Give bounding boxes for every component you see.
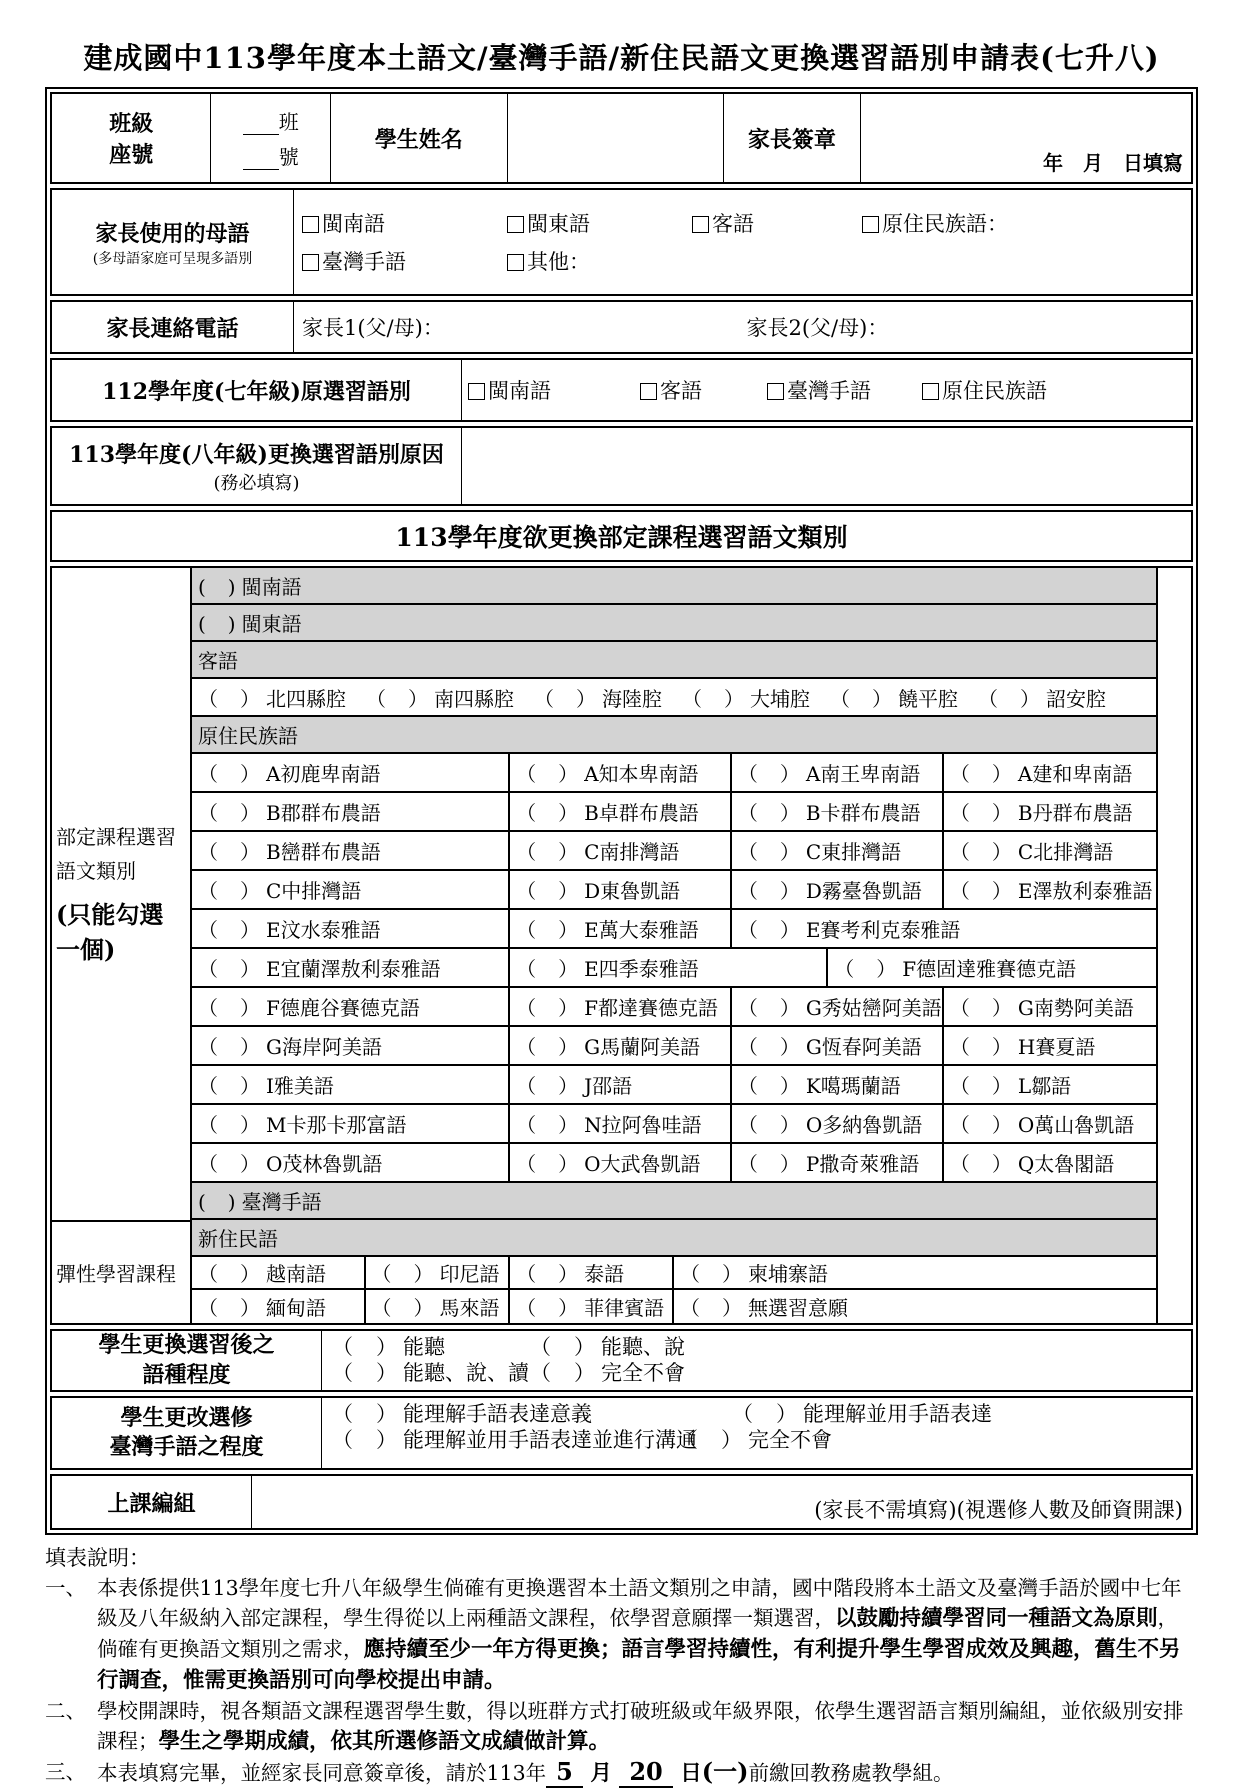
select-mark[interactable]: （ ） [950,758,1013,787]
form-body: 班級 座號 班 號 學生姓名 家長簽章 年 月 日填寫 [45,87,1198,1535]
seat-blank-field[interactable]: 號 [243,141,299,170]
parent1-phone-field[interactable]: 家長1(父/母)： [302,312,747,342]
note-item-1: 一、 本表係提供113學年度七升八年級學生倘確有更換選習本土語文類別之申請，國中… [45,1573,1198,1696]
mandatory-table-header: 113學年度欲更換部定課程選習語文類別 [50,510,1193,562]
previous-selection-options: 閩南語 客語 臺灣手語 原住民族語 [462,360,1191,420]
language-options-row: （ ）越南語（ ）印尼語（ ）泰語（ ）柬埔寨語 [192,1257,1156,1290]
parent-signature-field[interactable]: 年 月 日填寫 [861,94,1191,182]
language-option-cell[interactable]: （ ）A建和卑南語 [944,754,1156,791]
select-mark[interactable]: （ ） [534,687,597,711]
language-option[interactable]: （ ）南四縣腔 [366,683,514,712]
select-mark[interactable]: ( ) [198,1186,237,1215]
language-option-label: A知本卑南語 [584,758,698,787]
select-mark[interactable]: （ ） [198,1031,261,1060]
change-reason-field[interactable] [462,428,1191,504]
mother-tongue-label: 家長使用的母語 (多母語家庭可呈現多語別 [52,190,294,294]
select-mark[interactable]: （ ） [738,1031,801,1060]
select-mark[interactable]: （ ） [950,875,1013,904]
language-option-cell[interactable]: （ ）E四季泰雅語 [510,949,828,986]
language-option-label: 無選習意願 [748,1292,848,1321]
select-mark[interactable]: （ ） [198,1070,261,1099]
language-option-cell[interactable]: （ ）B巒群布農語 [192,832,510,869]
language-section-row: ( )閩東語 [192,605,1156,642]
language-option-cell[interactable]: （ ）K噶瑪蘭語 [732,1066,944,1103]
note-body: 本表係提供113學年度七升八年級學生倘確有更換選習本土語文類別之申請，國中階段將… [97,1573,1198,1696]
select-mark[interactable]: （ ） [198,836,261,865]
language-option-cell[interactable]: （ ）O多納魯凱語 [732,1105,944,1142]
select-mark[interactable]: ( ) [198,571,237,600]
note-body: 學校開課時，視各類語文課程選習學生數，得以班群方式打破班級或年級界限，依學生選習… [97,1696,1198,1757]
change-reason-section: 113學年度(八年級)更換選習語別原因 (務必填寫) [50,426,1193,506]
parent2-phone-field[interactable]: 家長2(父/母)： [747,312,1192,342]
language-option-label: F德固達雅賽德克語 [902,953,1076,982]
language-option-label: 馬來語 [440,1292,500,1321]
language-option-cell[interactable]: （ ）無選習意願 [674,1290,1156,1323]
language-option-label: 大埔腔 [750,687,810,711]
select-mark[interactable]: （ ） [198,992,261,1021]
language-options-row: （ ）B郡群布農語（ ）B卓群布農語（ ）B卡群布農語（ ）B丹群布農語 [192,793,1156,832]
grouping-note: (家長不需填寫)(視選修人數及師資開課) [252,1476,1191,1528]
language-option-label: 海陸腔 [602,687,662,711]
select-mark[interactable]: （ ） [950,1031,1013,1060]
language-option-label: C南排灣語 [584,836,679,865]
language-option-cell[interactable]: （ ）E汶水泰雅語 [192,910,510,947]
select-mark[interactable]: （ ） [680,1292,743,1321]
grouping-label: 上課編組 [52,1476,252,1528]
language-option-cell[interactable]: （ ）I雅美語 [192,1066,510,1103]
select-mark[interactable]: （ ） [680,1258,743,1287]
language-section-row: 新住民語 [192,1220,1156,1257]
option-none[interactable]: （ ）完全不會 [530,1360,685,1386]
select-mark[interactable]: （ ） [738,836,801,865]
language-option-label: B卓群布農語 [584,797,699,826]
language-options-row: （ ）G海岸阿美語（ ）G馬蘭阿美語（ ）G恆春阿美語（ ）H賽夏語 [192,1027,1156,1066]
select-mark[interactable]: （ ） [738,992,801,1021]
language-option-label: E宜蘭澤敖利泰雅語 [266,953,441,982]
option-listen-speak[interactable]: （ ）能聽、說 [530,1334,685,1360]
checkbox-icon[interactable] [302,254,319,271]
language-option-label: B丹群布農語 [1018,797,1133,826]
checkbox-icon[interactable] [692,216,709,233]
class-seat-blanks[interactable]: 班 號 [211,94,331,182]
language-option-label: G南勢阿美語 [1018,992,1134,1021]
language-section-label: 新住民語 [198,1223,278,1252]
student-name-label: 學生姓名 [331,94,508,182]
language-option-label: 饒平腔 [898,687,958,711]
page-title: 建成國中113學年度本土語文/臺灣手語/新住民語文更換選習語別申請表(七升八) [45,36,1198,77]
language-option-label: M卡那卡那富語 [266,1109,406,1138]
select-mark[interactable]: （ ） [516,797,579,826]
required-course-label: 部定課程選習 語文類別 (只能勾選 一個) [52,568,190,1222]
select-mark[interactable]: （ ） [198,1258,261,1287]
note-text-segment: (一) [702,1757,749,1786]
language-section-row: 原住民族語 [192,717,1156,754]
language-option-cell[interactable]: （ ）D霧臺魯凱語 [732,871,944,908]
language-options-row: （ ）F德鹿谷賽德克語（ ）F都達賽德克語（ ）G秀姑巒阿美語（ ）G南勢阿美語 [192,988,1156,1027]
language-option-cell[interactable]: （ ）Q太魯閣語 [944,1144,1156,1181]
language-grid: ( )閩南語( )閩東語客語（ ）北四縣腔（ ）南四縣腔（ ）海陸腔（ ）大埔腔… [192,568,1158,1323]
select-mark[interactable]: （ ） [950,836,1013,865]
select-mark[interactable]: （ ） [516,1258,579,1287]
checkbox-icon[interactable] [767,383,784,400]
checkbox-option-hakka[interactable]: 客語 [692,208,862,238]
language-option-cell[interactable]: （ ）H賽夏語 [944,1027,1156,1064]
language-option-cell[interactable]: （ ）D東魯凱語 [510,871,732,908]
language-option-label: B巒群布農語 [266,836,381,865]
language-option-cell[interactable]: （ ）B郡群布農語 [192,793,510,830]
select-mark[interactable]: （ ） [366,687,429,711]
select-mark[interactable]: （ ） [198,1148,261,1177]
header-section: 班級 座號 班 號 學生姓名 家長簽章 年 月 日填寫 [50,92,1193,184]
language-option-cell[interactable]: （ ）J邵語 [510,1066,732,1103]
language-option-cell[interactable]: （ ）A南王卑南語 [732,754,944,791]
language-option-label: Q太魯閣語 [1018,1148,1114,1177]
language-section-row: ( )臺灣手語 [192,1183,1156,1220]
change-reason-label: 113學年度(八年級)更換選習語別原因 (務必填寫) [52,428,462,504]
language-options-row: （ ）B巒群布農語（ ）C南排灣語（ ）C東排灣語（ ）C北排灣語 [192,832,1156,871]
language-option-label: E萬大泰雅語 [584,914,699,943]
select-mark[interactable]: （ ） [516,1070,579,1099]
notes-heading: 填表說明： [45,1543,1198,1573]
mother-tongue-options: 閩南語 閩東語 客語 原住民族語： 臺灣手語 其他： [294,190,1191,294]
language-option-label: C中排灣語 [266,875,361,904]
select-mark[interactable]: （ ） [372,1258,435,1287]
proficiency-section: 學生更換選習後之 語種程度 （ ）能聽 （ ）能聽、說 （ ）能聽、說、讀 （ … [50,1329,1193,1392]
language-option-label: E賽考利克泰雅語 [806,914,961,943]
option-understand-and-use-sign[interactable]: （ ）能理解並用手語表達 [732,1401,992,1427]
checkbox-icon[interactable] [507,254,524,271]
language-option-cell[interactable]: （ ）L鄒語 [944,1066,1156,1103]
select-mark[interactable]: （ ） [516,953,579,982]
language-option-cell[interactable]: （ ）E宜蘭澤敖利泰雅語 [192,949,510,986]
checkbox-option-mindong[interactable]: 閩東語 [507,208,692,238]
language-option-cell[interactable]: （ ）B卡群布農語 [732,793,944,830]
contact-section: 家長連絡電話 家長1(父/母)： 家長2(父/母)： [50,300,1193,354]
class-blank-line[interactable] [243,114,279,135]
language-option-cell[interactable]: （ ）C中排灣語 [192,871,510,908]
checkbox-icon[interactable] [640,383,657,400]
language-option-cell[interactable]: （ ）泰語 [510,1257,674,1288]
language-option-cell[interactable]: （ ）印尼語 [366,1257,511,1288]
parent-signature-label: 家長簽章 [724,94,861,182]
note-text-segment: 5 [546,1757,583,1788]
select-mark[interactable]: （ ） [950,1148,1013,1177]
language-option-label: P撒奇萊雅語 [806,1148,919,1177]
language-option-cell[interactable]: （ ）P撒奇萊雅語 [732,1144,944,1181]
previous-selection-label: 112學年度(七年級)原選習語別 [52,360,462,420]
language-option-label: G秀姑巒阿美語 [806,992,942,1021]
language-options-row: （ ）緬甸語（ ）馬來語（ ）菲律賓語（ ）無選習意願 [192,1290,1156,1323]
language-option-cell[interactable]: （ ）E澤敖利泰雅語 [944,871,1156,908]
language-option[interactable]: （ ）大埔腔 [682,683,810,712]
language-option-label: 詔安腔 [1046,687,1106,711]
language-options-row: （ ）A初鹿卑南語（ ）A知本卑南語（ ）A南王卑南語（ ）A建和卑南語 [192,754,1156,793]
select-mark[interactable]: （ ） [978,687,1041,711]
checkbox-option-minnan[interactable]: 閩南語 [302,208,507,238]
language-option-label: J邵語 [584,1070,632,1099]
flexible-course-label: 彈性學習課程 [52,1222,190,1323]
select-mark[interactable]: （ ） [516,1292,579,1321]
checkbox-option-sign-language[interactable]: 臺灣手語 [302,246,507,276]
select-mark[interactable]: （ ） [516,758,579,787]
mother-tongue-section: 家長使用的母語 (多母語家庭可呈現多語別 閩南語 閩東語 客語 原住民族語： 臺… [50,188,1193,296]
select-mark[interactable]: （ ） [198,758,261,787]
option-none-sign[interactable]: （ ）完全不會 [677,1427,832,1453]
select-mark[interactable]: （ ） [516,1031,579,1060]
select-mark[interactable]: （ ） [950,1070,1013,1099]
select-mark[interactable]: （ ） [738,1070,801,1099]
proficiency-options: （ ）能聽 （ ）能聽、說 （ ）能聽、說、讀 （ ）完全不會 [322,1331,1191,1390]
option-understand-sign[interactable]: （ ）能理解手語表達意義 [332,1401,732,1427]
contact-fields: 家長1(父/母)： 家長2(父/母)： [294,302,1191,352]
language-option-cell[interactable]: （ ）G恆春阿美語 [732,1027,944,1064]
language-option-label: E汶水泰雅語 [266,914,381,943]
language-option-cell[interactable]: （ ）馬來語 [366,1290,511,1323]
language-option-cell[interactable]: （ ）O大武魯凱語 [510,1144,732,1181]
language-option-cell[interactable]: （ ）B丹群布農語 [944,793,1156,830]
language-option-label: F都達賽德克語 [584,992,718,1021]
student-name-field[interactable] [508,94,724,182]
note-text-segment: 日 [673,1761,702,1786]
note-body: 本表填寫完畢，並經家長同意簽章後，請於113年5 月 20 日(一)前繳回教務處… [97,1757,1198,1789]
right-margin-strip [1158,568,1191,1323]
sign-proficiency-section: 學生更改選修 臺灣手語之程度 （ ）能理解手語表達意義 （ ）能理解並用手語表達… [50,1396,1193,1470]
checkbox-icon[interactable] [862,216,879,233]
language-option[interactable]: （ ）詔安腔 [978,683,1106,712]
language-option-label: C北排灣語 [1018,836,1113,865]
note-text-segment: 月 [583,1761,619,1786]
language-option-label: L鄒語 [1018,1070,1071,1099]
select-mark[interactable]: （ ） [738,758,801,787]
checkbox-icon[interactable] [302,216,319,233]
language-option-label: H賽夏語 [1018,1031,1095,1060]
application-form-page: 建成國中113學年度本土語文/臺灣手語/新住民語文更換選習語別申請表(七升八) … [0,0,1241,1789]
language-option-cell[interactable]: （ ）A初鹿卑南語 [192,754,510,791]
language-section-row: ( )閩南語 [192,568,1156,605]
language-options-row: （ ）M卡那卡那富語（ ）N拉阿魯哇語（ ）O多納魯凱語（ ）O萬山魯凱語 [192,1105,1156,1144]
language-option-cell[interactable]: （ ）C東排灣語 [732,832,944,869]
language-option-label: O萬山魯凱語 [1018,1109,1134,1138]
language-option-cell[interactable]: （ ）G馬蘭阿美語 [510,1027,732,1064]
language-option-label: A南王卑南語 [806,758,920,787]
language-option[interactable]: （ ）饒平腔 [830,683,958,712]
select-mark[interactable]: （ ） [830,687,893,711]
language-option-cell[interactable]: （ ）A知本卑南語 [510,754,732,791]
language-option-cell[interactable]: （ ）菲律賓語 [510,1290,674,1323]
side-label-column: 部定課程選習 語文類別 (只能勾選 一個) 彈性學習課程 [52,568,192,1323]
language-option-label: G海岸阿美語 [266,1031,382,1060]
language-option-cell[interactable]: （ ）B卓群布農語 [510,793,732,830]
option-can-listen[interactable]: （ ）能聽 [332,1334,530,1360]
note-text-segment: 前繳回教務處教學組。 [748,1761,953,1785]
language-option-label: 菲律賓語 [584,1292,664,1321]
select-mark[interactable]: （ ） [372,1292,435,1321]
class-blank-field[interactable]: 班 [243,106,299,135]
select-mark[interactable]: （ ） [198,1292,261,1321]
select-mark[interactable]: （ ） [198,797,261,826]
sign-proficiency-options: （ ）能理解手語表達意義 （ ）能理解並用手語表達 （ ）能理解並用手語表達並進… [322,1398,1191,1468]
language-option-cell[interactable]: （ ）M卡那卡那富語 [192,1105,510,1142]
language-option-label: 印尼語 [440,1258,500,1287]
accent-options-row: （ ）北四縣腔（ ）南四縣腔（ ）海陸腔（ ）大埔腔（ ）饒平腔（ ）詔安腔 [192,679,1156,717]
language-option-cell[interactable]: （ ）N拉阿魯哇語 [510,1105,732,1142]
select-mark[interactable]: （ ） [738,1148,801,1177]
language-option-label: C東排灣語 [806,836,901,865]
select-mark[interactable]: （ ） [516,1109,579,1138]
language-option-label: K噶瑪蘭語 [806,1070,901,1099]
language-option-label: D霧臺魯凱語 [806,875,922,904]
select-mark[interactable]: （ ） [950,797,1013,826]
language-option-label: 柬埔寨語 [748,1258,828,1287]
language-option-label: B郡群布農語 [266,797,381,826]
language-option-cell[interactable]: （ ）E萬大泰雅語 [510,910,732,947]
language-section-label: 客語 [198,645,238,674]
language-option-cell[interactable]: （ ）柬埔寨語 [674,1257,1156,1288]
language-option-label: 南四縣腔 [434,687,514,711]
language-options-row: （ ）E汶水泰雅語（ ）E萬大泰雅語（ ）E賽考利克泰雅語 [192,910,1156,949]
language-option-label: 緬甸語 [266,1292,326,1321]
language-option-cell[interactable]: （ ）G海岸阿美語 [192,1027,510,1064]
notes-section: 填表說明： 一、 本表係提供113學年度七升八年級學生倘確有更換選習本土語文類別… [45,1543,1198,1789]
language-option-cell[interactable]: （ ）F德固達雅賽德克語 [828,949,1156,986]
language-option-cell[interactable]: （ ）F都達賽德克語 [510,988,732,1025]
language-option-label: A建和卑南語 [1018,758,1132,787]
language-option-label: O多納魯凱語 [806,1109,922,1138]
language-section-label: 臺灣手語 [242,1186,322,1215]
language-option-label: E四季泰雅語 [584,953,699,982]
select-mark[interactable]: （ ） [198,1109,261,1138]
checkbox-icon[interactable] [468,383,485,400]
language-options-row: （ ）I雅美語（ ）J邵語（ ）K噶瑪蘭語（ ）L鄒語 [192,1066,1156,1105]
note-text-segment: 本表填寫完畢，並經家長同意簽章後，請於113年 [97,1761,546,1785]
checkbox-option-indigenous[interactable]: 原住民族語 [922,375,1191,405]
select-mark[interactable]: （ ） [198,687,261,711]
checkbox-icon[interactable] [507,216,524,233]
language-option-label: E澤敖利泰雅語 [1018,875,1153,904]
language-option-label: 北四縣腔 [266,687,346,711]
language-option-cell[interactable]: （ ）G秀姑巒阿美語 [732,988,944,1025]
language-option[interactable]: （ ）海陸腔 [534,683,662,712]
proficiency-label: 學生更換選習後之 語種程度 [52,1331,322,1390]
select-mark[interactable]: （ ） [834,953,897,982]
select-mark[interactable]: （ ） [738,797,801,826]
language-option-label: D東魯凱語 [584,875,680,904]
language-option-label: A初鹿卑南語 [266,758,380,787]
select-mark[interactable]: （ ） [516,914,579,943]
note-text-segment: 20 [619,1757,672,1788]
language-options-row: （ ）C中排灣語（ ）D東魯凱語（ ）D霧臺魯凱語（ ）E澤敖利泰雅語 [192,871,1156,910]
language-option-label: B卡群布農語 [806,797,921,826]
select-mark[interactable]: （ ） [950,1109,1013,1138]
class-seat-label: 班級 座號 [52,94,211,182]
select-mark[interactable]: （ ） [738,875,801,904]
language-option-label: O茂林魯凱語 [266,1148,382,1177]
select-mark[interactable]: （ ） [198,914,261,943]
language-section-label: 閩東語 [242,608,302,637]
language-option-label: G恆春阿美語 [806,1031,922,1060]
contact-label: 家長連絡電話 [52,302,294,352]
seat-blank-line[interactable] [243,149,279,170]
checkbox-icon[interactable] [922,383,939,400]
select-mark[interactable]: （ ） [516,875,579,904]
select-mark[interactable]: （ ） [950,992,1013,1021]
select-mark[interactable]: （ ） [682,687,745,711]
language-option-cell[interactable]: （ ）G南勢阿美語 [944,988,1156,1025]
note-item-2: 二、 學校開課時，視各類語文課程選習學生數，得以班群方式打破班級或年級界限，依學… [45,1696,1198,1757]
select-mark[interactable]: （ ） [516,836,579,865]
select-mark[interactable]: （ ） [516,1148,579,1177]
checkbox-option-indigenous[interactable]: 原住民族語： [862,208,1191,238]
select-mark[interactable]: ( ) [198,608,237,637]
language-option-cell[interactable]: （ ）越南語 [192,1257,366,1288]
language-option-cell[interactable]: （ ）C南排灣語 [510,832,732,869]
language-option[interactable]: （ ）北四縣腔 [198,683,346,712]
language-option-cell[interactable]: （ ）O萬山魯凱語 [944,1105,1156,1142]
grouping-section: 上課編組 (家長不需填寫)(視選修人數及師資開課) [50,1474,1193,1530]
checkbox-option-minnan[interactable]: 閩南語 [468,375,640,405]
language-option-label: G馬蘭阿美語 [584,1031,700,1060]
language-option-label: N拉阿魯哇語 [584,1109,702,1138]
select-mark[interactable]: （ ） [198,875,261,904]
language-option-cell[interactable]: （ ）F德鹿谷賽德克語 [192,988,510,1025]
note-text-segment: 以鼓勵持續學習同一種語文為原則 [835,1606,1158,1631]
note-item-3: 三、 本表填寫完畢，並經家長同意簽章後，請於113年5 月 20 日(一)前繳回… [45,1757,1198,1789]
language-option-label: I雅美語 [266,1070,334,1099]
language-option-label: 越南語 [266,1258,326,1287]
language-option-cell[interactable]: （ ）O茂林魯凱語 [192,1144,510,1181]
checkbox-option-hakka[interactable]: 客語 [640,375,767,405]
language-section-label: 原住民族語 [198,720,298,749]
language-option-label: 泰語 [584,1258,624,1287]
language-option-label: F德鹿谷賽德克語 [266,992,420,1021]
select-mark[interactable]: （ ） [516,992,579,1021]
sign-proficiency-label: 學生更改選修 臺灣手語之程度 [52,1398,322,1468]
language-option-cell[interactable]: （ ）C北排灣語 [944,832,1156,869]
checkbox-option-other[interactable]: 其他： [507,246,692,276]
checkbox-option-sign-language[interactable]: 臺灣手語 [767,375,922,405]
option-communicate-sign[interactable]: （ ）能理解並用手語表達並進行溝通 [332,1427,677,1453]
note-text-segment: 學生之學期成績，依其所選修語文成績做計算。 [159,1729,611,1754]
language-option-cell[interactable]: （ ）E賽考利克泰雅語 [732,910,1156,947]
language-option-label: O大武魯凱語 [584,1148,700,1177]
language-options-row: （ ）O茂林魯凱語（ ）O大武魯凱語（ ）P撒奇萊雅語（ ）Q太魯閣語 [192,1144,1156,1183]
language-section-label: 閩南語 [242,571,302,600]
previous-selection-section: 112學年度(七年級)原選習語別 閩南語 客語 臺灣手語 原住民族語 [50,358,1193,422]
date-note: 年 月 日填寫 [1043,147,1183,176]
language-options-row: （ ）E宜蘭澤敖利泰雅語（ ）E四季泰雅語（ ）F德固達雅賽德克語 [192,949,1156,988]
option-listen-speak-read[interactable]: （ ）能聽、說、讀 [332,1360,530,1386]
select-mark[interactable]: （ ） [198,953,261,982]
language-section-row: 客語 [192,642,1156,679]
mandatory-table-section: 部定課程選習 語文類別 (只能勾選 一個) 彈性學習課程 ( )閩南語( )閩東… [50,566,1193,1325]
select-mark[interactable]: （ ） [738,1109,801,1138]
language-option-cell[interactable]: （ ）緬甸語 [192,1290,366,1323]
select-mark[interactable]: （ ） [738,914,801,943]
